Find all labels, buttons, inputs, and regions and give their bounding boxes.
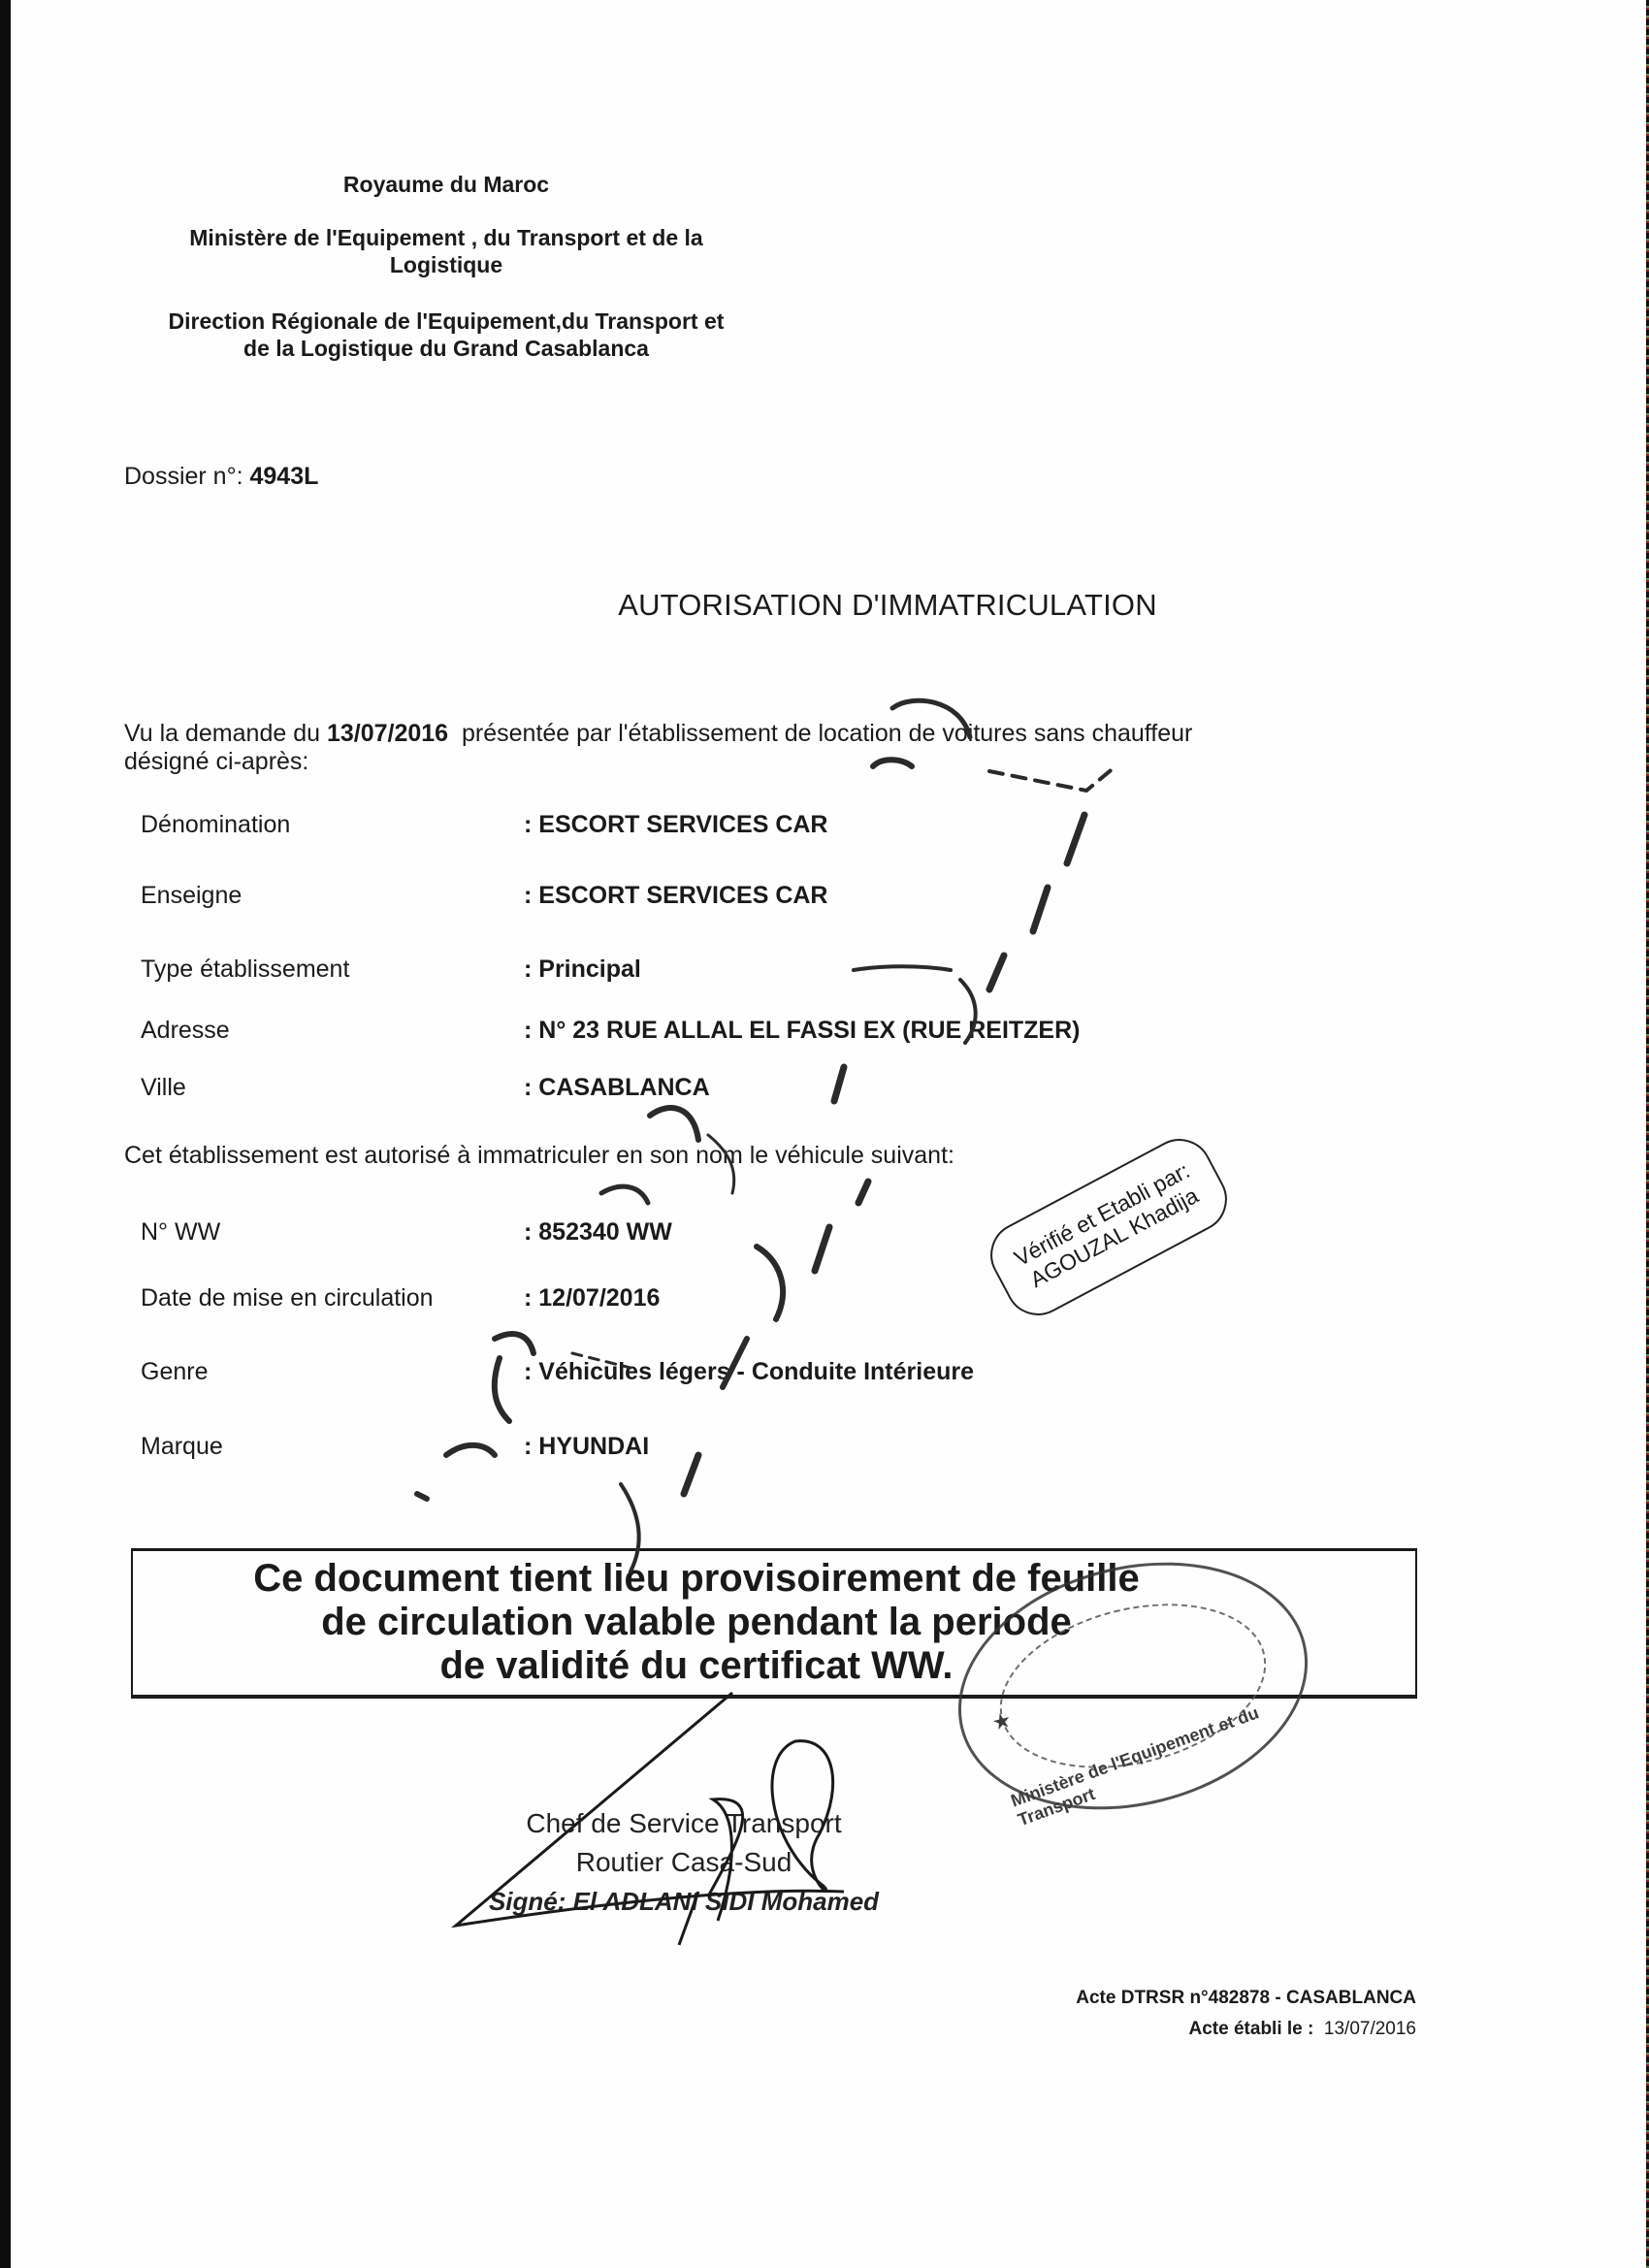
field-value-ville: : CASABLANCA (524, 1074, 710, 1102)
field-value-enseigne: : ESCORT SERVICES CAR (524, 882, 827, 910)
acte-date-label: Acte établi le : (1189, 2019, 1314, 2039)
field-label-adresse: Adresse (141, 1017, 230, 1045)
kingdom-name: Royaume du Maroc (107, 171, 786, 198)
ministry-line-2: Logistique (107, 251, 786, 278)
field-value-ww-number: : 852340 WW (524, 1218, 672, 1247)
field-label-type: Type établissement (141, 956, 349, 984)
dossier-number: Dossier n°: 4943L (124, 463, 318, 491)
acte-date: Acte établi le : 13/07/2016 (1189, 2019, 1416, 2040)
signatory-name: Signé: El ADLANI SIDI Mohamed (466, 1882, 902, 1921)
field-label-enseigne: Enseigne (141, 882, 242, 910)
field-value-type: : Principal (524, 956, 641, 984)
ministry-line-1: Ministère de l'Equipement , du Transport… (107, 224, 786, 251)
header-kingdom: Royaume du Maroc (107, 171, 786, 198)
intro-paragraph: Vu la demande du 13/07/2016 présentée pa… (124, 720, 1405, 776)
field-value-circulation-date: : 12/07/2016 (524, 1284, 660, 1312)
intro-suffix: présentée par l'établissement de locatio… (462, 720, 1192, 747)
header-ministry: Ministère de l'Equipement , du Transport… (107, 224, 786, 278)
scan-left-border (0, 0, 11, 2268)
acte-date-value: 13/07/2016 (1324, 2019, 1416, 2039)
dossier-label: Dossier n°: (124, 463, 243, 490)
field-label-denomination: Dénomination (141, 811, 290, 839)
field-label-genre: Genre (141, 1358, 208, 1386)
intro-prefix: Vu la demande du (124, 720, 320, 747)
field-label-circulation-date: Date de mise en circulation (141, 1284, 434, 1312)
signatory-title-2: Routier Casa-Sud (466, 1843, 902, 1882)
acte-reference: Acte DTRSR n°482878 - CASABLANCA (1076, 1988, 1416, 2009)
field-value-denomination: : ESCORT SERVICES CAR (524, 811, 827, 839)
authorization-sentence: Cet établissement est autorisé à immatri… (124, 1142, 954, 1170)
signature-block: Chef de Service Transport Routier Casa-S… (466, 1804, 902, 1921)
document-title: AUTORISATION D'IMMATRICULATION (0, 588, 1649, 623)
field-value-marque: : HYUNDAI (524, 1433, 649, 1461)
field-label-marque: Marque (141, 1433, 223, 1461)
intro-line-2: désigné ci-après: (124, 748, 308, 775)
field-value-genre: : Véhicules légers - Conduite Intérieure (524, 1358, 974, 1386)
field-value-adresse: : N° 23 RUE ALLAL EL FASSI EX (RUE REITZ… (524, 1017, 1081, 1045)
request-date: 13/07/2016 (327, 720, 448, 747)
header-direction: Direction Régionale de l'Equipement,du T… (107, 308, 786, 362)
direction-line-1: Direction Régionale de l'Equipement,du T… (107, 308, 786, 335)
direction-line-2: de la Logistique du Grand Casablanca (107, 335, 786, 362)
field-label-ville: Ville (141, 1074, 186, 1102)
signatory-title-1: Chef de Service Transport (466, 1804, 902, 1843)
field-label-ww-number: N° WW (141, 1218, 220, 1247)
dossier-value: 4943L (250, 463, 319, 490)
